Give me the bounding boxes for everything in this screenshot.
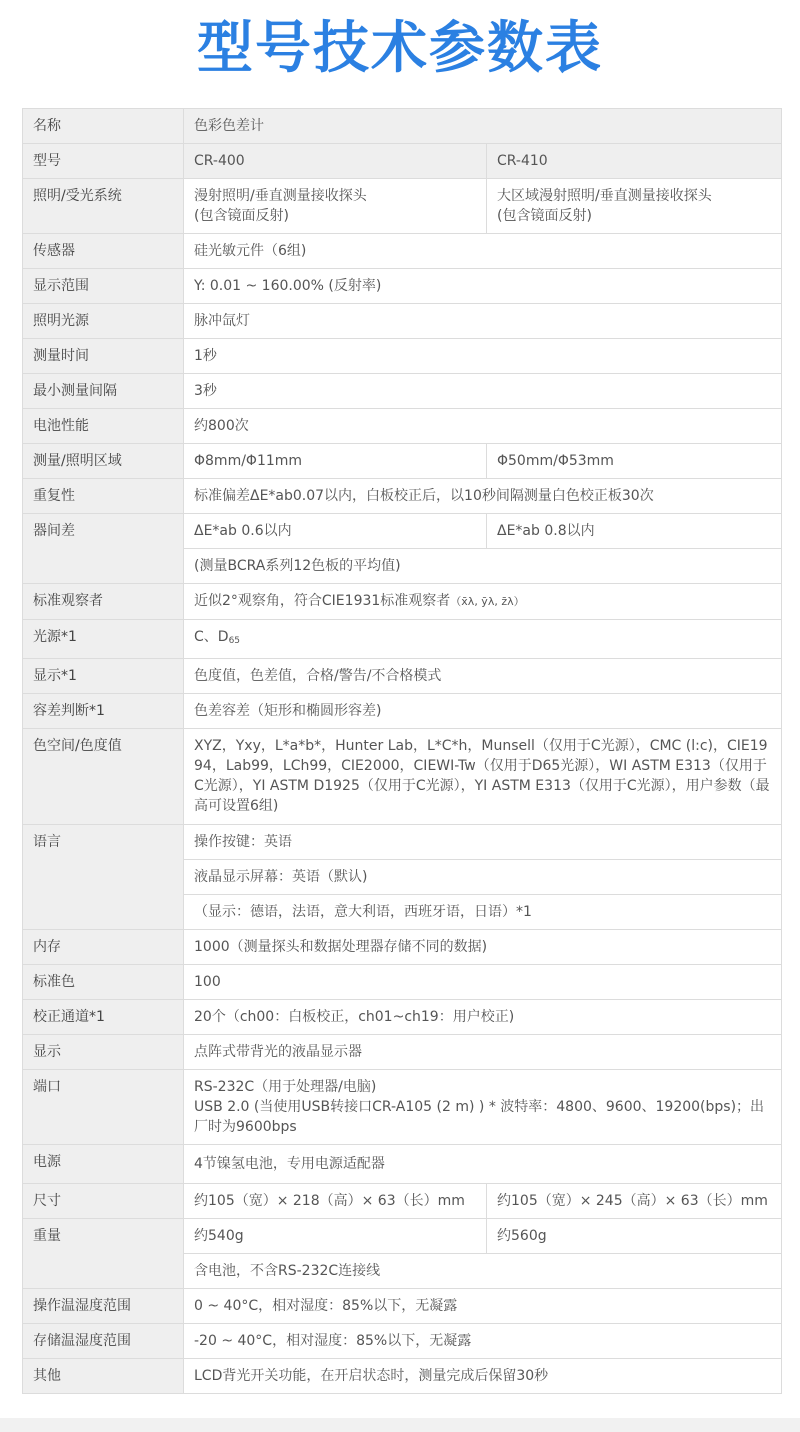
illuminant-text: C、D <box>194 629 229 645</box>
row-value: 色度值，色差值，合格/警告/不合格模式 <box>184 659 782 694</box>
inter-instrument-cr400: ΔE*ab 0.6以内 <box>184 514 487 549</box>
row-label: 色空间/色度值 <box>23 729 184 825</box>
table-row-illuminant: 光源*1 C、D65 <box>23 620 782 659</box>
table-row-color-space: 色空间/色度值 XYZ，Yxy，L*a*b*，Hunter Lab，L*C*h，… <box>23 729 782 825</box>
row-label: 语言 <box>23 825 184 930</box>
table-row-illumination: 照明/受光系统 漫射照明/垂直测量接收探头 (包含镜面反射) 大区域漫射照明/垂… <box>23 179 782 234</box>
illumination-cr410-line2: (包含镜面反射) <box>497 206 771 226</box>
table-row-model: 型号 CR-400 CR-410 <box>23 144 782 179</box>
weight-cr410: 约560g <box>487 1219 782 1254</box>
table-row-display-range: 显示范围 Y: 0.01 ~ 160.00% (反射率) <box>23 269 782 304</box>
row-value: 20个（ch00：白板校正，ch01~ch19：用户校正) <box>184 1000 782 1035</box>
row-value: 100 <box>184 965 782 1000</box>
row-value: 1秒 <box>184 339 782 374</box>
row-label: 名称 <box>23 109 184 144</box>
illumination-cr410-line1: 大区域漫射照明/垂直测量接收探头 <box>497 186 771 206</box>
table-row-repeatability: 重复性 标准偏差ΔE*ab0.07以内，白板校正后，以10秒间隔测量白色校正板3… <box>23 479 782 514</box>
table-row-tolerance: 容差判断*1 色差容差（矩形和椭圆形容差) <box>23 694 782 729</box>
row-label: 照明/受光系统 <box>23 179 184 234</box>
table-row-display: 显示*1 色度值，色差值，合格/警告/不合格模式 <box>23 659 782 694</box>
row-value: XYZ，Yxy，L*a*b*，Hunter Lab，L*C*h，Munsell（… <box>184 729 782 825</box>
table-row-area: 测量/照明区域 Φ8mm/Φ11mm Φ50mm/Φ53mm <box>23 444 782 479</box>
table-row-other: 其他 LCD背光开关功能，在开启状态时，测量完成后保留30秒 <box>23 1359 782 1394</box>
row-label: 标准观察者 <box>23 584 184 620</box>
model-cr400: CR-400 <box>184 144 487 179</box>
row-label: 端口 <box>23 1070 184 1145</box>
table-row-port: 端口 RS-232C（用于处理器/电脑) USB 2.0 (当使用USB转接口C… <box>23 1070 782 1145</box>
observer-functions: （x̄λ, ȳλ, z̄λ） <box>450 595 524 608</box>
row-value: 色彩色差计 <box>184 109 782 144</box>
language-line2: 液晶显示屏幕：英语（默认) <box>184 860 782 895</box>
inter-instrument-cr410: ΔE*ab 0.8以内 <box>487 514 782 549</box>
row-label: 测量时间 <box>23 339 184 374</box>
port-line1: RS-232C（用于处理器/电脑) <box>194 1077 771 1097</box>
row-value: 1000（测量探头和数据处理器存储不同的数据) <box>184 930 782 965</box>
illumination-cr410: 大区域漫射照明/垂直测量接收探头 (包含镜面反射) <box>487 179 782 234</box>
language-line1: 操作按键：英语 <box>184 825 782 860</box>
table-row-battery: 电池性能 约800次 <box>23 409 782 444</box>
illumination-cr400-line2: (包含镜面反射) <box>194 206 476 226</box>
row-label: 重复性 <box>23 479 184 514</box>
row-value: RS-232C（用于处理器/电脑) USB 2.0 (当使用USB转接口CR-A… <box>184 1070 782 1145</box>
port-line2: USB 2.0 (当使用USB转接口CR-A105 (2 m) ) * 波特率：… <box>194 1097 771 1137</box>
row-label: 重量 <box>23 1219 184 1289</box>
table-row-inter-instrument: 器间差 ΔE*ab 0.6以内 ΔE*ab 0.8以内 <box>23 514 782 549</box>
row-value: 4节镍氢电池，专用电源适配器 <box>184 1145 782 1184</box>
area-cr410: Φ50mm/Φ53mm <box>487 444 782 479</box>
table-row-min-interval: 最小测量间隔 3秒 <box>23 374 782 409</box>
row-label: 型号 <box>23 144 184 179</box>
table-row-light-source: 照明光源 脉冲氙灯 <box>23 304 782 339</box>
row-label: 照明光源 <box>23 304 184 339</box>
row-label: 测量/照明区域 <box>23 444 184 479</box>
row-label: 电源 <box>23 1145 184 1184</box>
table-row-measure-time: 测量时间 1秒 <box>23 339 782 374</box>
illumination-cr400-line1: 漫射照明/垂直测量接收探头 <box>194 186 476 206</box>
row-value: 点阵式带背光的液晶显示器 <box>184 1035 782 1070</box>
row-label: 容差判断*1 <box>23 694 184 729</box>
table-row-observer: 标准观察者 近似2°观察角，符合CIE1931标准观察者（x̄λ, ȳλ, z̄… <box>23 584 782 620</box>
row-label: 操作温湿度范围 <box>23 1289 184 1324</box>
row-value: (测量BCRA系列12色板的平均值) <box>184 549 782 584</box>
area-cr400: Φ8mm/Φ11mm <box>184 444 487 479</box>
table-row-memory: 内存 1000（测量探头和数据处理器存储不同的数据) <box>23 930 782 965</box>
row-value: 硅光敏元件（6组) <box>184 234 782 269</box>
table-row-name: 名称 色彩色差计 <box>23 109 782 144</box>
row-label: 传感器 <box>23 234 184 269</box>
row-label: 标准色 <box>23 965 184 1000</box>
illuminant-subscript: 65 <box>229 636 240 646</box>
table-row-language: 语言 操作按键：英语 <box>23 825 782 860</box>
row-value: 3秒 <box>184 374 782 409</box>
observer-text: 近似2°观察角，符合CIE1931标准观察者 <box>194 593 450 609</box>
table-row-calibration: 校正通道*1 20个（ch00：白板校正，ch01~ch19：用户校正) <box>23 1000 782 1035</box>
row-label: 存储温湿度范围 <box>23 1324 184 1359</box>
row-value: 约800次 <box>184 409 782 444</box>
table-row-operating-env: 操作温湿度范围 0 ~ 40°C，相对湿度：85%以下，无凝露 <box>23 1289 782 1324</box>
weight-cr400: 约540g <box>184 1219 487 1254</box>
page-title: 型号技术参数表 <box>0 14 800 84</box>
row-value: Y: 0.01 ~ 160.00% (反射率) <box>184 269 782 304</box>
language-line3: （显示：德语，法语，意大利语，西班牙语，日语）*1 <box>184 895 782 930</box>
table-row-power: 电源 4节镍氢电池，专用电源适配器 <box>23 1145 782 1184</box>
illumination-cr400: 漫射照明/垂直测量接收探头 (包含镜面反射) <box>184 179 487 234</box>
table-row-weight: 重量 约540g 约560g <box>23 1219 782 1254</box>
row-value: 标准偏差ΔE*ab0.07以内，白板校正后，以10秒间隔测量白色校正板30次 <box>184 479 782 514</box>
row-label: 器间差 <box>23 514 184 584</box>
row-value: 色差容差（矩形和椭圆形容差) <box>184 694 782 729</box>
row-label: 显示*1 <box>23 659 184 694</box>
row-value: -20 ~ 40°C，相对湿度：85%以下，无凝露 <box>184 1324 782 1359</box>
row-label: 内存 <box>23 930 184 965</box>
table-row-storage-env: 存储温湿度范围 -20 ~ 40°C，相对湿度：85%以下，无凝露 <box>23 1324 782 1359</box>
row-label: 尺寸 <box>23 1184 184 1219</box>
row-value: 含电池，不含RS-232C连接线 <box>184 1254 782 1289</box>
footer-strip <box>0 1418 800 1432</box>
row-value: 脉冲氙灯 <box>184 304 782 339</box>
row-label: 显示 <box>23 1035 184 1070</box>
row-value: 0 ~ 40°C，相对湿度：85%以下，无凝露 <box>184 1289 782 1324</box>
row-label: 显示范围 <box>23 269 184 304</box>
model-cr410: CR-410 <box>487 144 782 179</box>
row-value: LCD背光开关功能，在开启状态时，测量完成后保留30秒 <box>184 1359 782 1394</box>
row-value: 近似2°观察角，符合CIE1931标准观察者（x̄λ, ȳλ, z̄λ） <box>184 584 782 620</box>
spec-table: 名称 色彩色差计 型号 CR-400 CR-410 照明/受光系统 漫射照明/垂… <box>22 108 782 1394</box>
table-row-standard-colors: 标准色 100 <box>23 965 782 1000</box>
row-label: 校正通道*1 <box>23 1000 184 1035</box>
row-label: 光源*1 <box>23 620 184 659</box>
row-label: 其他 <box>23 1359 184 1394</box>
row-label: 最小测量间隔 <box>23 374 184 409</box>
size-cr410: 约105（宽）× 245（高）× 63（长）mm <box>487 1184 782 1219</box>
table-row-size: 尺寸 约105（宽）× 218（高）× 63（长）mm 约105（宽）× 245… <box>23 1184 782 1219</box>
row-value: C、D65 <box>184 620 782 659</box>
row-label: 电池性能 <box>23 409 184 444</box>
table-row-display-type: 显示 点阵式带背光的液晶显示器 <box>23 1035 782 1070</box>
size-cr400: 约105（宽）× 218（高）× 63（长）mm <box>184 1184 487 1219</box>
table-row-sensor: 传感器 硅光敏元件（6组) <box>23 234 782 269</box>
